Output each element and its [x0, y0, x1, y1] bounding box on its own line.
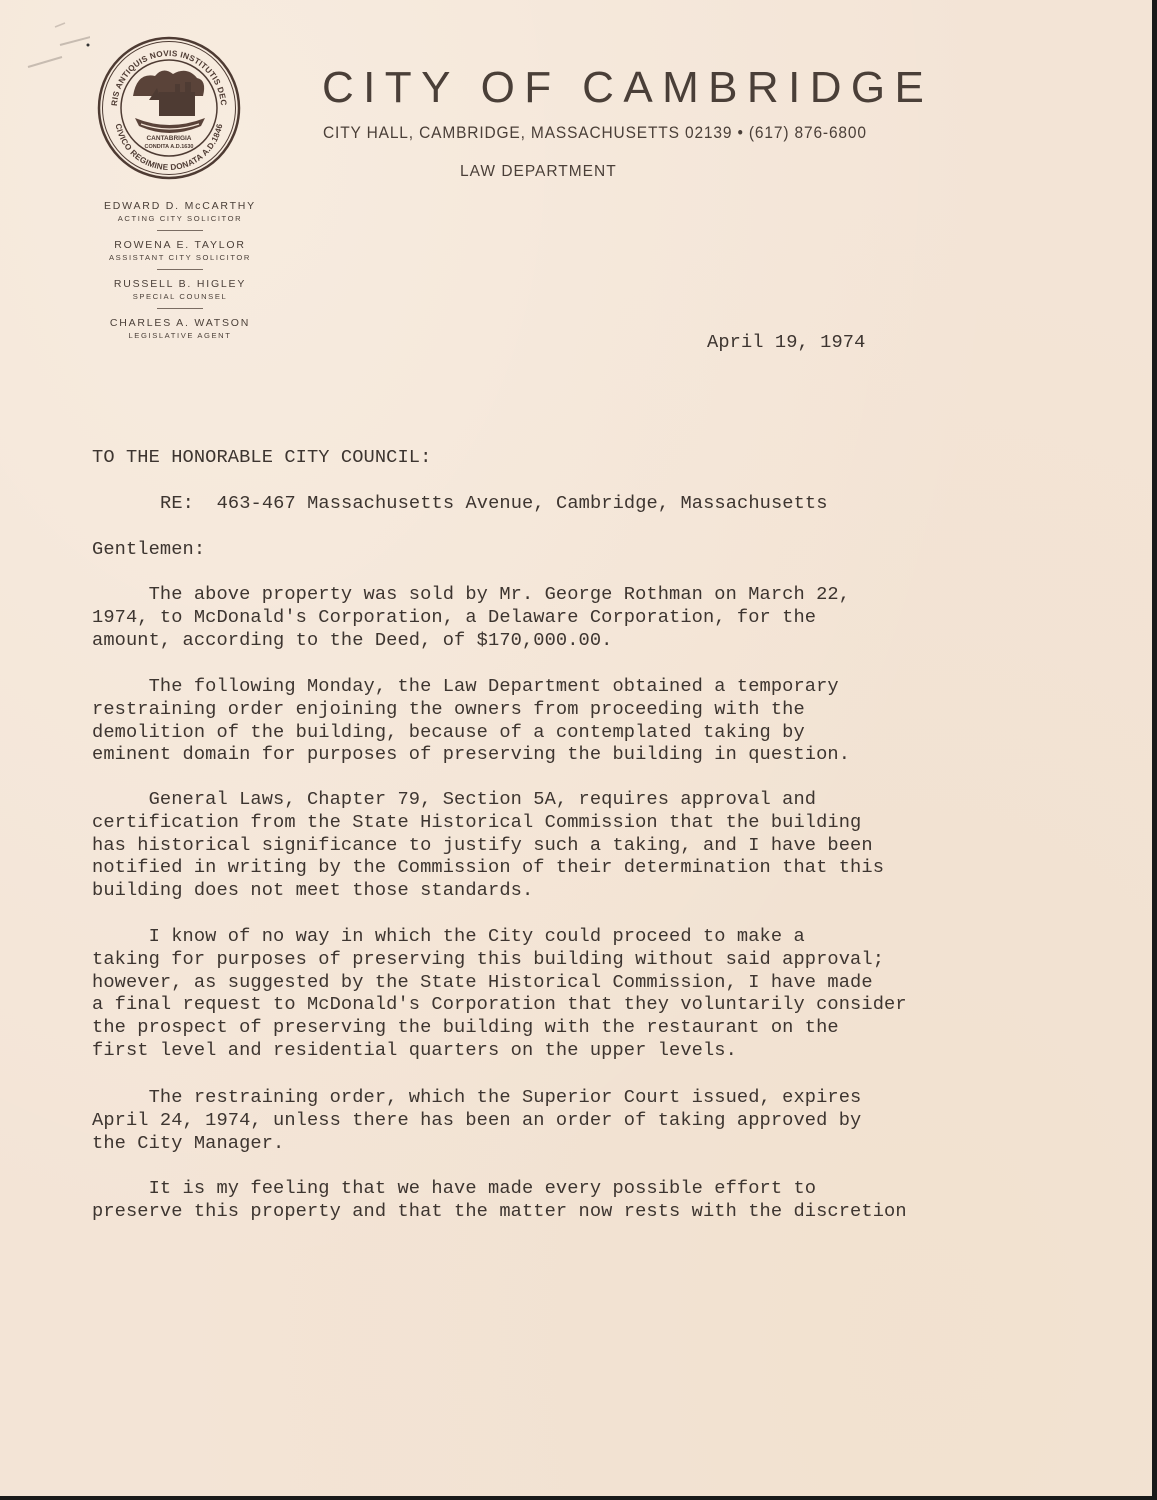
paragraph-line: however, as suggested by the State Histo…	[92, 971, 907, 994]
salutation: Gentlemen:	[92, 538, 205, 560]
staff-name: RUSSELL B. HIGLEY	[80, 278, 280, 291]
staff-name: EDWARD D. McCARTHY	[80, 200, 280, 213]
paragraph-line: It is my feeling that we have made every…	[92, 1177, 907, 1200]
paragraph-line: 1974, to McDonald's Corporation, a Delaw…	[92, 606, 850, 629]
body-paragraph-final-request: I know of no way in which the City could…	[92, 925, 907, 1062]
staff-divider	[157, 269, 203, 270]
paragraph-line: The above property was sold by Mr. Georg…	[92, 583, 850, 606]
paragraph-line: building does not meet those standards.	[92, 879, 884, 902]
paragraph-line: notified in writing by the Commission of…	[92, 856, 884, 879]
body-paragraph-general-laws: General Laws, Chapter 79, Section 5A, re…	[92, 788, 884, 902]
letterhead-department: LAW DEPARTMENT	[460, 163, 617, 181]
letterhead-address: CITY HALL, CAMBRIDGE, MASSACHUSETTS 0213…	[323, 124, 867, 143]
paragraph-line: has historical significance to justify s…	[92, 834, 884, 857]
paragraph-line: The following Monday, the Law Department…	[92, 675, 850, 698]
staff-entry: CHARLES A. WATSON LEGISLATIVE AGENT	[80, 317, 280, 342]
staff-divider	[157, 308, 203, 309]
paragraph-line: The restraining order, which the Superio…	[92, 1086, 861, 1109]
letter-page: LITERIS ANTIQUIS NOVIS INSTITUTIS DECORA…	[0, 0, 1152, 1496]
paragraph-line: I know of no way in which the City could…	[92, 925, 907, 948]
staff-title: SPECIAL COUNSEL	[80, 291, 280, 303]
paragraph-line: General Laws, Chapter 79, Section 5A, re…	[92, 788, 884, 811]
body-paragraph-expiry: The restraining order, which the Superio…	[92, 1086, 861, 1154]
paragraph-line: certification from the State Historical …	[92, 811, 884, 834]
city-seal-icon: LITERIS ANTIQUIS NOVIS INSTITUTIS DECORA…	[97, 36, 241, 180]
staff-title: ACTING CITY SOLICITOR	[80, 213, 280, 225]
re-line: RE: 463-467 Massachusetts Avenue, Cambri…	[160, 492, 828, 514]
paragraph-line: demolition of the building, because of a…	[92, 721, 850, 744]
svg-text:CANTABRIGIA: CANTABRIGIA	[146, 135, 191, 142]
body-paragraph-conclusion: It is my feeling that we have made every…	[92, 1177, 907, 1223]
paragraph-line: restraining order enjoining the owners f…	[92, 698, 850, 721]
letterhead-title: CITY OF CAMBRIDGE	[322, 66, 933, 110]
paragraph-line: the prospect of preserving the building …	[92, 1016, 907, 1039]
staff-name: ROWENA E. TAYLOR	[80, 239, 280, 252]
staff-title: ASSISTANT CITY SOLICITOR	[80, 252, 280, 264]
body-paragraph-restraining-order: The following Monday, the Law Department…	[92, 675, 850, 766]
staff-name: CHARLES A. WATSON	[80, 317, 280, 330]
paragraph-line: first level and residential quarters on …	[92, 1039, 907, 1062]
letter-date: April 19, 1974	[707, 331, 865, 353]
staff-entry: RUSSELL B. HIGLEY SPECIAL COUNSEL	[80, 278, 280, 303]
pencil-smudge-mark	[10, 15, 90, 85]
staff-list: EDWARD D. McCARTHY ACTING CITY SOLICITOR…	[80, 200, 280, 342]
paragraph-line: April 24, 1974, unless there has been an…	[92, 1109, 861, 1132]
staff-divider	[157, 230, 203, 231]
staff-entry: EDWARD D. McCARTHY ACTING CITY SOLICITOR	[80, 200, 280, 225]
paragraph-line: the City Manager.	[92, 1132, 861, 1155]
svg-text:CONDITA A.D.1630: CONDITA A.D.1630	[144, 144, 193, 150]
paragraph-line: a final request to McDonald's Corporatio…	[92, 993, 907, 1016]
paragraph-line: amount, according to the Deed, of $170,0…	[92, 629, 850, 652]
staff-title: LEGISLATIVE AGENT	[80, 330, 280, 342]
paragraph-line: eminent domain for purposes of preservin…	[92, 743, 850, 766]
staff-entry: ROWENA E. TAYLOR ASSISTANT CITY SOLICITO…	[80, 239, 280, 264]
paragraph-line: preserve this property and that the matt…	[92, 1200, 907, 1223]
paragraph-line: taking for purposes of preserving this b…	[92, 948, 907, 971]
body-paragraph-sale: The above property was sold by Mr. Georg…	[92, 583, 850, 651]
addressee-line: TO THE HONORABLE CITY COUNCIL:	[92, 446, 431, 468]
